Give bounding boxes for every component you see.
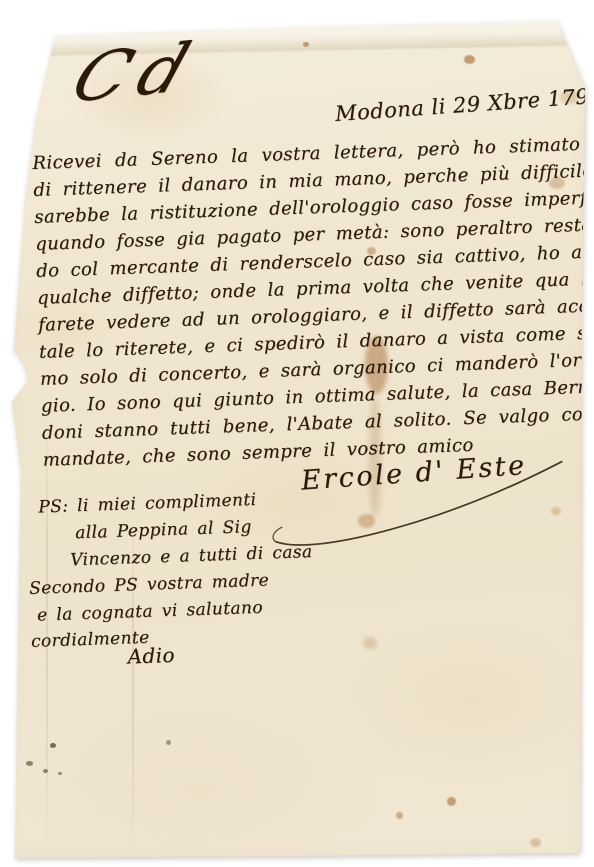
- ink-speck: [26, 761, 33, 766]
- letter-page: Cd Modona li 29 Xbre 1791 Ricevei da Ser…: [0, 0, 594, 867]
- letter-body: Ricevei da Sereno la vostra lettera, per…: [32, 131, 591, 474]
- fox-stain: [358, 514, 375, 528]
- postscript-line: Vincenzo e a tutti di casa: [70, 542, 313, 570]
- fox-stain: [303, 42, 309, 47]
- fox-stain: [551, 507, 561, 515]
- ink-speck: [50, 743, 56, 748]
- fox-stain: [396, 812, 403, 819]
- postscript-line: PS: li miei complimenti: [38, 490, 257, 518]
- postscript-line: Secondo PS vostra madre: [29, 571, 270, 599]
- letter-scan: Cd Modona li 29 Xbre 1791 Ricevei da Ser…: [0, 0, 594, 867]
- fox-stain: [464, 55, 475, 64]
- ink-speck: [58, 772, 62, 775]
- ink-speck: [43, 769, 48, 773]
- fox-stain: [560, 90, 578, 104]
- postscript-line: alla Peppina al Sig: [75, 517, 252, 543]
- paper-shadow: Cd Modona li 29 Xbre 1791 Ricevei da Ser…: [0, 0, 594, 867]
- fox-stain: [447, 797, 456, 806]
- fox-stain: [549, 177, 565, 189]
- postscript: PS: li miei complimenti alla Peppina al …: [24, 486, 360, 677]
- postscript-line: e la cognata vi salutano: [37, 598, 264, 626]
- rust-streak: [365, 336, 388, 394]
- rust-streak-trail: [369, 396, 381, 518]
- fox-stain: [530, 838, 541, 847]
- dateline: Modona li 29 Xbre 1791: [334, 84, 587, 126]
- fox-stain: [363, 637, 377, 649]
- postscript-line: Adio: [127, 643, 175, 669]
- fox-stain: [367, 247, 376, 255]
- ink-speck: [166, 740, 171, 745]
